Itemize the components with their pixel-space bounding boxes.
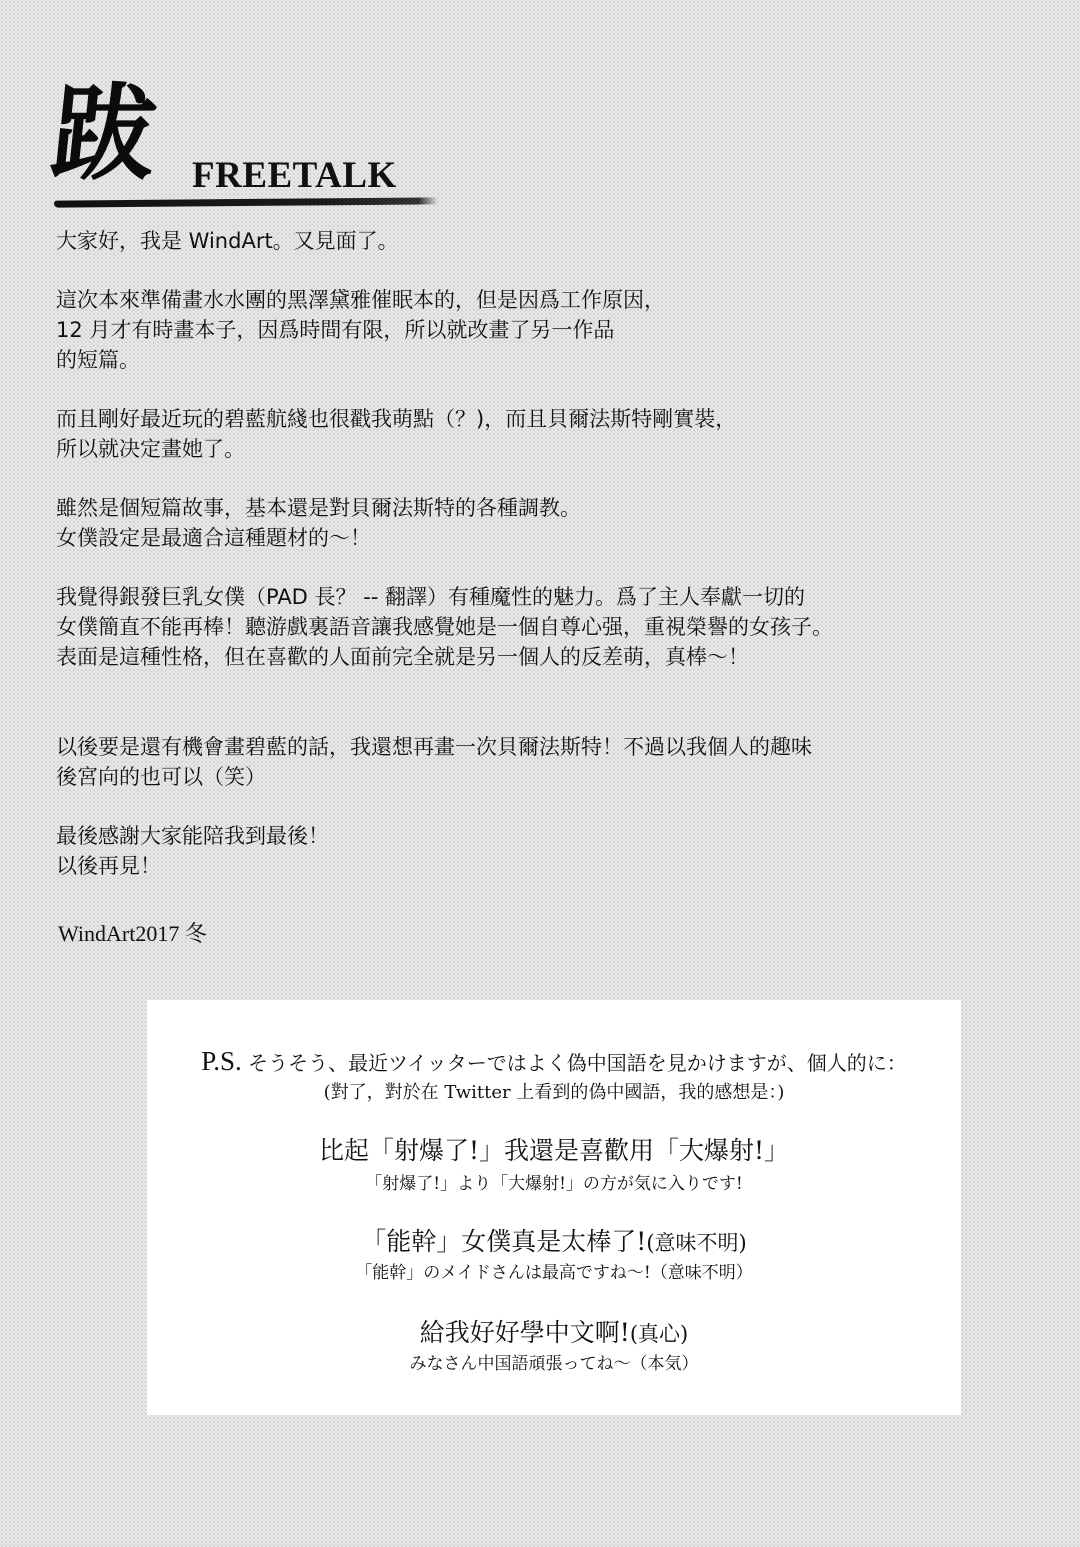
text-line: 這次本來準備畫水水團的黑澤黛雅催眠本的，但是因爲工作原因， (56, 285, 1016, 315)
header-kanji: 跋 (47, 82, 162, 186)
header-title: FREETALK (192, 154, 397, 197)
ps-intro-text: そうそう、最近ツイッターではよく偽中国語を見かけますが、個人的に： (248, 1051, 907, 1075)
text-line: 女僕設定是最適合這種題材的～！ (56, 523, 1016, 553)
paragraph-story: 雖然是個短篇故事，基本還是對貝爾法斯特的各種調教。 女僕設定是最適合這種題材的～… (56, 493, 1016, 553)
ps-item-note: (意味不明) (646, 1231, 746, 1255)
ps-item-chinese: 「能幹」女僕真是太棒了!(意味不明) (147, 1222, 961, 1258)
author-signature: WindArt2017 冬 (58, 917, 207, 948)
text-line: 後宮向的也可以（笑） (56, 762, 1016, 792)
paragraph-future: 以後要是還有機會畫碧藍的話，我還想再畫一次貝爾法斯特！不過以我個人的趣味 後宮向… (56, 732, 1016, 792)
paragraph-maid-charm: 我覺得銀發巨乳女僕（PAD 長？ -- 翻譯）有種魔性的魅力。爲了主人奉獻一切的… (56, 582, 1016, 672)
paragraph-plan-change: 這次本來準備畫水水團的黑澤黛雅催眠本的，但是因爲工作原因， 12 月才有時畫本子… (56, 285, 1016, 375)
text-line: 所以就决定畫她了。 (56, 434, 1016, 464)
ps-intro-japanese: P.S. そうそう、最近ツイッターではよく偽中国語を見かけますが、個人的に： (147, 1046, 961, 1077)
text-line: 以後再見！ (56, 851, 1016, 881)
text-line: 雖然是個短篇故事，基本還是對貝爾法斯特的各種調教。 (56, 493, 1016, 523)
text-line: 12 月才有時畫本子，因爲時間有限，所以就改畫了另一作品 (56, 315, 1016, 345)
postscript-box: P.S. そうそう、最近ツイッターではよく偽中国語を見かけますが、個人的に： (… (147, 1000, 961, 1415)
text-line: 表面是這種性格，但在喜歡的人面前完全就是另一個人的反差萌，真棒～！ (56, 642, 1016, 672)
ps-item-text: 給我好好學中文啊! (420, 1318, 630, 1347)
freetalk-header: 跋 FREETALK (52, 88, 452, 208)
paragraph-greeting: 大家好，我是 WindArt。又見面了。 (56, 226, 1016, 256)
ps-intro-chinese: (對了，對於在 Twitter 上看到的偽中國語，我的感想是：) (147, 1078, 961, 1104)
ps-item-text: 比起「射爆了!」我還是喜歡用「大爆射!」 (319, 1136, 789, 1165)
ps-item-note: (真心) (630, 1322, 688, 1346)
ps-item-japanese: みなさん中国語頑張ってね～（本気） (147, 1349, 961, 1374)
ps-item-japanese: 「射爆了!」より「大爆射!」の方が気に入りです! (147, 1169, 961, 1194)
text-line: 以後要是還有機會畫碧藍的話，我還想再畫一次貝爾法斯特！不過以我個人的趣味 (56, 732, 1016, 762)
ps-item-chinese: 比起「射爆了!」我還是喜歡用「大爆射!」 (147, 1131, 961, 1167)
text-line: 的短篇。 (56, 345, 1016, 375)
text-line: 女僕簡直不能再棒！聽游戲裏語音讓我感覺她是一個自尊心强，重視榮譽的女孩子。 (56, 612, 1016, 642)
text-line: 大家好，我是 WindArt。又見面了。 (56, 226, 1016, 256)
ps-item-text: 「能幹」女僕真是太棒了! (361, 1227, 646, 1256)
text-line: 而且剛好最近玩的碧藍航綫也很戳我萌點（？)，而且貝爾法斯特剛實裝， (56, 404, 1016, 434)
ps-item-japanese: 「能幹」のメイドさんは最高ですね～!（意味不明） (147, 1258, 961, 1283)
brush-stroke-divider (54, 197, 438, 207)
text-line: 我覺得銀發巨乳女僕（PAD 長？ -- 翻譯）有種魔性的魅力。爲了主人奉獻一切的 (56, 582, 1016, 612)
ps-prefix: P.S. (201, 1046, 242, 1076)
ps-item-chinese: 給我好好學中文啊!(真心) (147, 1313, 961, 1349)
text-line: 最後感謝大家能陪我到最後！ (56, 821, 1016, 851)
paragraph-thanks: 最後感謝大家能陪我到最後！ 以後再見！ (56, 821, 1016, 881)
afterword-body: 大家好，我是 WindArt。又見面了。 這次本來準備畫水水團的黑澤黛雅催眠本的… (56, 226, 1016, 881)
paragraph-azur-lane: 而且剛好最近玩的碧藍航綫也很戳我萌點（？)，而且貝爾法斯特剛實裝， 所以就决定畫… (56, 404, 1016, 464)
